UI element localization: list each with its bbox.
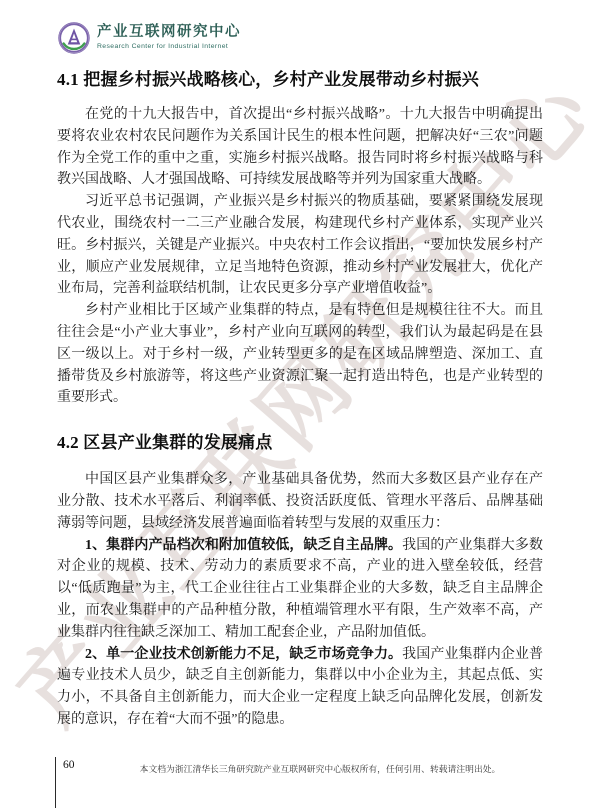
- numbered-item-1: 1、集群内产品档次和附加值较低，缺乏自主品牌。我国的产业集群大多数对企业的规模、…: [57, 535, 543, 644]
- document-body: 4.1 把握乡村振兴战略核心，乡村产业发展带动乡村振兴 在党的十九大报告中，首次…: [57, 55, 543, 731]
- org-logo: 产业互联网研究中心 Research Center for Industrial…: [58, 22, 241, 54]
- paragraph-cluster-intro: 中国区县产业集群众多，产业基础具备优势，然而大多数区县产业存在产业分散、技术水平…: [57, 469, 543, 534]
- item-1-lead: 1、集群内产品档次和附加值较低，缺乏自主品牌。: [85, 538, 402, 553]
- section-heading-4-1: 4.1 把握乡村振兴战略核心，乡村产业发展带动乡村振兴: [57, 68, 543, 92]
- section-heading-4-2: 4.2 区县产业集群的发展痛点: [57, 431, 543, 455]
- logo-subtitle: Research Center for Industrial Internet: [97, 43, 241, 50]
- numbered-item-2: 2、单一企业技术创新能力不足，缺乏市场竞争力。我国产业集群内企业普遍专业技术人员…: [57, 644, 543, 731]
- paragraph-rural-industry-features: 乡村产业相比于区域产业集群的特点，是有特色但是规模往往不大。而且往往会是“小产业…: [57, 300, 543, 409]
- logo-text-block: 产业互联网研究中心 Research Center for Industrial…: [97, 25, 241, 50]
- document-page: 产业互联网研究中心 产业互联网研究中心 Research Center for …: [0, 0, 600, 808]
- footer-copyright: 本文档为浙江清华长三角研究院产业互联网研究中心版权所有，任何引用、转载请注明出处…: [80, 762, 560, 775]
- paragraph-strategy-intro: 在党的十九大报告中，首次提出“乡村振兴战略”。十九大报告中明确提出要将农业农村农…: [57, 104, 543, 191]
- page-number: 60: [63, 759, 75, 771]
- logo-emblem-icon: [58, 22, 90, 54]
- logo-title: 产业互联网研究中心: [97, 25, 241, 41]
- item-2-lead: 2、单一企业技术创新能力不足，缺乏市场竞争力。: [85, 647, 402, 662]
- paragraph-industry-revitalization: 习近平总书记强调，产业振兴是乡村振兴的物质基础，要紧紧围绕发展现代农业，围绕农村…: [57, 191, 543, 300]
- footer-vertical-rule: [55, 757, 56, 808]
